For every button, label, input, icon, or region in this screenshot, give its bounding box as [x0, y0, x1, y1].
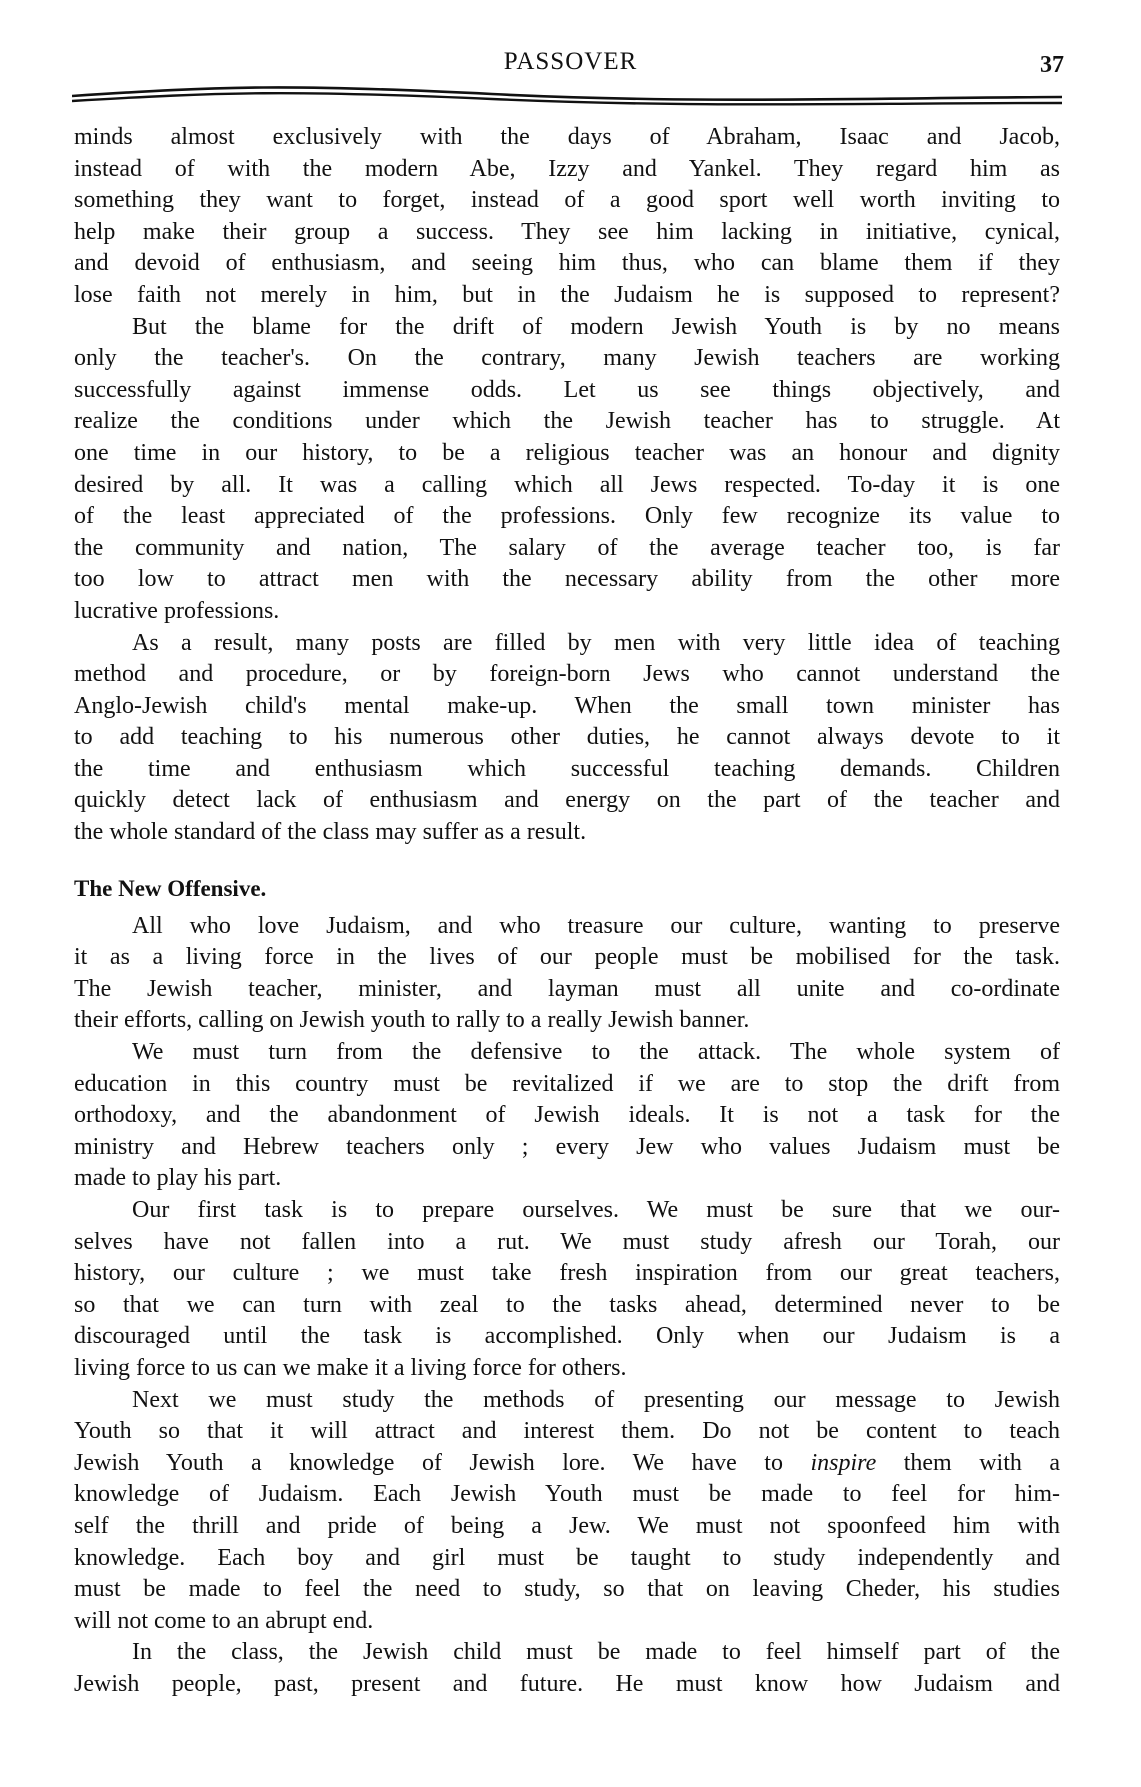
text-line: lucrative professions.: [74, 596, 1060, 628]
text-line: orthodoxy, and the abandonment of Jewish…: [74, 1100, 1060, 1132]
text-line: must be made to feel the need to study, …: [74, 1574, 1060, 1606]
text-line: Anglo-Jewish child's mental make-up. Whe…: [74, 691, 1060, 723]
text-line: history, our culture ; we must take fres…: [74, 1258, 1060, 1290]
decorative-double-rule: [72, 84, 1062, 106]
text-line: the whole standard of the class may suff…: [74, 817, 1060, 849]
text-line: quickly detect lack of enthusiasm and en…: [74, 785, 1060, 817]
paragraph-8: In the class, the Jewish child must be m…: [74, 1637, 1060, 1700]
paragraph-1: minds almost exclusively with the days o…: [74, 122, 1060, 312]
text-line: desired by all. It was a calling which a…: [74, 470, 1060, 502]
text-line: only the teacher's. On the contrary, man…: [74, 343, 1060, 375]
text-line: The Jewish teacher, minister, and layman…: [74, 974, 1060, 1006]
text-line: Youth so that it will attract and intere…: [74, 1416, 1060, 1448]
text-line: lose faith not merely in him, but in the…: [74, 280, 1060, 312]
text-line: In the class, the Jewish child must be m…: [74, 1637, 1060, 1669]
text-line: one time in our history, to be a religio…: [74, 438, 1060, 470]
text-line: of the least appreciated of the professi…: [74, 501, 1060, 533]
text-line: selves have not fallen into a rut. We mu…: [74, 1227, 1060, 1259]
text-line: the time and enthusiasm which successful…: [74, 754, 1060, 786]
text-run: them with a: [904, 1450, 1060, 1476]
text-run: Jewish Youth a knowledge of Jewish lore.…: [74, 1450, 783, 1476]
paragraph-3: As a result, many posts are filled by me…: [74, 628, 1060, 849]
page-number: 37: [1040, 52, 1064, 79]
text-line: minds almost exclusively with the days o…: [74, 122, 1060, 154]
text-line: Jewish people, past, present and future.…: [74, 1669, 1060, 1701]
text-line: discouraged until the task is accomplish…: [74, 1321, 1060, 1353]
text-line: method and procedure, or by foreign-born…: [74, 659, 1060, 691]
text-line: As a result, many posts are filled by me…: [74, 628, 1060, 660]
text-line: Next we must study the methods of presen…: [74, 1385, 1060, 1417]
text-line: the community and nation, The salary of …: [74, 533, 1060, 565]
text-line: living force to us can we make it a livi…: [74, 1353, 1060, 1385]
text-line: so that we can turn with zeal to the tas…: [74, 1290, 1060, 1322]
text-line: Our first task is to prepare ourselves. …: [74, 1195, 1060, 1227]
text-line: All who love Judaism, and who treasure o…: [74, 911, 1060, 943]
text-line: it as a living force in the lives of our…: [74, 942, 1060, 974]
text-line: successfully against immense odds. Let u…: [74, 375, 1060, 407]
text-line: knowledge of Judaism. Each Jewish Youth …: [74, 1479, 1060, 1511]
running-title: PASSOVER: [0, 48, 1141, 76]
text-line: their efforts, calling on Jewish youth t…: [74, 1005, 1060, 1037]
text-line: But the blame for the drift of modern Je…: [74, 312, 1060, 344]
text-line: will not come to an abrupt end.: [74, 1606, 1060, 1638]
text-line: and devoid of enthusiasm, and seeing him…: [74, 248, 1060, 280]
text-line: self the thrill and pride of being a Jew…: [74, 1511, 1060, 1543]
text-line: too low to attract men with the necessar…: [74, 564, 1060, 596]
paragraph-7: Next we must study the methods of presen…: [74, 1385, 1060, 1638]
text-line: help make their group a success. They se…: [74, 217, 1060, 249]
text-line: made to play his part.: [74, 1163, 1060, 1195]
text-line: ministry and Hebrew teachers only ; ever…: [74, 1132, 1060, 1164]
text-line: education in this country must be revita…: [74, 1069, 1060, 1101]
emphasis-inspire: inspire: [810, 1450, 876, 1476]
paragraph-6: Our first task is to prepare ourselves. …: [74, 1195, 1060, 1385]
text-line: something they want to forget, instead o…: [74, 185, 1060, 217]
section-heading: The New Offensive.: [74, 867, 1060, 911]
page-body: minds almost exclusively with the days o…: [74, 122, 1060, 1701]
text-line: instead of with the modern Abe, Izzy and…: [74, 154, 1060, 186]
paragraph-5: We must turn from the defensive to the a…: [74, 1037, 1060, 1195]
section-gap: [74, 849, 1060, 867]
text-line: realize the conditions under which the J…: [74, 406, 1060, 438]
text-line: to add teaching to his numerous other du…: [74, 722, 1060, 754]
paragraph-4: All who love Judaism, and who treasure o…: [74, 911, 1060, 1037]
text-line-with-emphasis: Jewish Youth a knowledge of Jewish lore.…: [74, 1448, 1060, 1480]
text-line: knowledge. Each boy and girl must be tau…: [74, 1543, 1060, 1575]
text-line: We must turn from the defensive to the a…: [74, 1037, 1060, 1069]
paragraph-2: But the blame for the drift of modern Je…: [74, 312, 1060, 628]
